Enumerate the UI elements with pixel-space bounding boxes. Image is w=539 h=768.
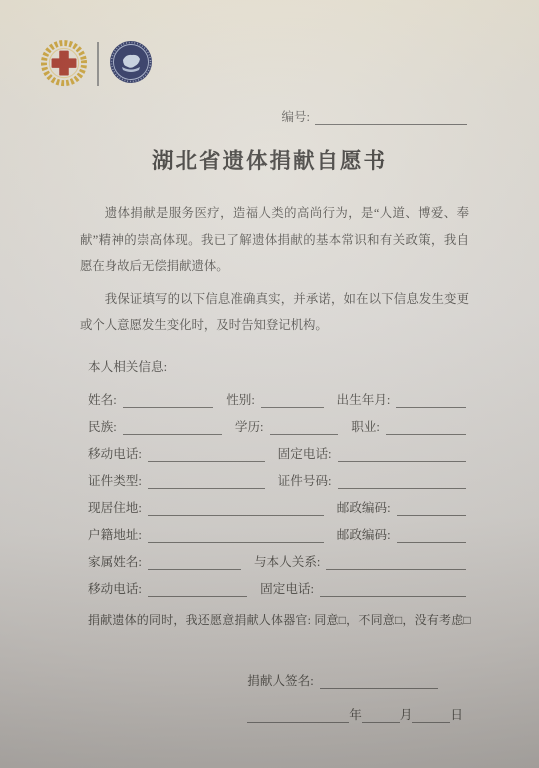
- field-label-current-address: 现居住地:: [88, 501, 142, 516]
- field-label-postal-code-2: 邮政编码:: [337, 528, 391, 543]
- date-day-label: 日: [450, 704, 463, 723]
- field-label-gender: 性别:: [226, 393, 255, 408]
- serial-number-row: 编号:: [0, 107, 467, 125]
- field-blank-landline-phone: [338, 447, 466, 462]
- field-blank-education: [270, 420, 339, 435]
- emblem-divider: [97, 42, 99, 86]
- field-label-landline-phone: 固定电话:: [278, 447, 332, 462]
- paragraph-accuracy-pledge: 我保证填写的以下信息准确真实，并承诺，如在以下信息发生变更或个人意愿发生变化时，…: [80, 286, 469, 339]
- serial-blank-line: [315, 111, 467, 125]
- field-blank-gender: [261, 393, 324, 408]
- field-blank-mobile-phone: [148, 447, 265, 462]
- field-label-id-type: 证件类型:: [88, 474, 142, 489]
- section-label-personal-info: 本人相关信息:: [88, 356, 539, 375]
- form-row-name-gender-birth: 姓名: 性别: 出生年月:: [88, 381, 466, 408]
- field-blank-name: [123, 393, 214, 408]
- date-blank-day: [412, 708, 450, 723]
- field-label-birthdate: 出生年月:: [337, 393, 391, 408]
- header-emblems: [38, 38, 539, 90]
- serial-label: 编号:: [282, 107, 310, 125]
- field-blank-id-type: [148, 474, 265, 489]
- field-blank-relationship: [326, 555, 466, 570]
- field-blank-family-mobile: [148, 582, 247, 597]
- field-label-postal-code-1: 邮政编码:: [337, 501, 391, 516]
- organ-donation-emblem-icon: [108, 39, 154, 90]
- field-label-relationship: 与本人关系:: [254, 555, 320, 570]
- form-row-id-type-number: 证件类型: 证件号码:: [88, 462, 466, 489]
- signature-block: 捐献人签名: 年 月 日: [247, 670, 463, 723]
- signature-label: 捐献人签名:: [247, 670, 313, 689]
- field-label-id-number: 证件号码:: [278, 474, 332, 489]
- form-row-current-address: 现居住地: 邮政编码:: [88, 489, 466, 516]
- field-blank-id-number: [338, 474, 466, 489]
- date-year-label: 年: [349, 704, 362, 723]
- field-blank-postal-code-1: [397, 501, 466, 516]
- date-row: 年 月 日: [247, 704, 463, 723]
- form-row-mobile-landline-2: 移动电话: 固定电话:: [88, 570, 466, 597]
- date-blank-year: [247, 708, 349, 723]
- signature-row: 捐献人签名:: [247, 670, 463, 689]
- form-row-registered-address: 户籍地址: 邮政编码:: [88, 516, 466, 543]
- signature-blank-line: [320, 674, 438, 689]
- field-label-name: 姓名:: [88, 393, 117, 408]
- form-row-family-member: 家属姓名: 与本人关系:: [88, 543, 466, 570]
- field-label-mobile-phone: 移动电话:: [88, 447, 142, 462]
- field-label-education: 学历:: [235, 420, 264, 435]
- page-title: 湖北省遗体捐献自愿书: [0, 146, 539, 176]
- paper-document: 编号: 湖北省遗体捐献自愿书 遗体捐献是服务医疗，造福人类的高尚行为，是“人道、…: [0, 0, 539, 768]
- intro-paragraphs: 遗体捐献是服务医疗，造福人类的高尚行为，是“人道、博爱、奉献”精神的崇高体现。我…: [80, 200, 469, 339]
- field-blank-family-name: [148, 555, 241, 570]
- personal-info-form: 姓名: 性别: 出生年月: 民族: 学历: 职业: 移动电话: 固定电话: 证件…: [88, 381, 466, 597]
- form-row-mobile-landline-1: 移动电话: 固定电话:: [88, 435, 466, 462]
- field-blank-registered-address: [148, 528, 324, 543]
- field-label-family-name: 家属姓名:: [88, 555, 142, 570]
- red-cross-emblem-icon: [38, 36, 90, 93]
- paragraph-donation-statement: 遗体捐献是服务医疗，造福人类的高尚行为，是“人道、博爱、奉献”精神的崇高体现。我…: [80, 200, 469, 280]
- date-month-label: 月: [400, 704, 413, 723]
- date-blank-month: [362, 708, 400, 723]
- field-label-family-mobile: 移动电话:: [88, 582, 142, 597]
- field-blank-family-landline: [320, 582, 466, 597]
- field-blank-ethnicity: [123, 420, 222, 435]
- field-blank-birthdate: [396, 393, 466, 408]
- field-label-occupation: 职业:: [351, 420, 380, 435]
- field-blank-occupation: [386, 420, 466, 435]
- form-row-ethnicity-education-occupation: 民族: 学历: 职业:: [88, 408, 466, 435]
- field-label-family-landline: 固定电话:: [260, 582, 314, 597]
- field-label-ethnicity: 民族:: [88, 420, 117, 435]
- field-label-registered-address: 户籍地址:: [88, 528, 142, 543]
- field-blank-current-address: [148, 501, 324, 516]
- field-blank-postal-code-2: [397, 528, 466, 543]
- organ-donation-consent-line: 捐献遗体的同时，我还愿意捐献人体器官: 同意□，不同意□，没有考虑□: [88, 611, 539, 628]
